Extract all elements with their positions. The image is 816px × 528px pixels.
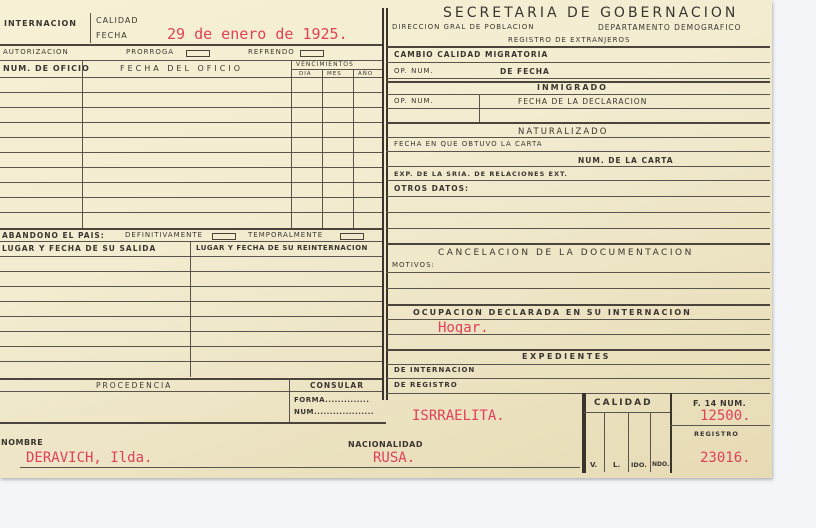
table-row[interactable] [0, 107, 382, 108]
nacionalidad-value: RUSA. [373, 450, 415, 466]
rule [0, 228, 382, 230]
rule [386, 288, 770, 289]
center-divider-2 [386, 8, 388, 400]
inmigrado-label: INMIGRADO [537, 83, 608, 92]
table-row[interactable] [0, 122, 382, 123]
internacion-label: INTERNACION [4, 19, 77, 28]
naturalizado-label: NATURALIZADO [518, 127, 608, 137]
nacionalidad-label: NACIONALIDAD [348, 440, 423, 449]
registro-extranjeros-label: REGISTRO DE EXTRANJEROS [508, 36, 630, 44]
temporalmente-checkbox[interactable] [340, 233, 364, 240]
rule [670, 425, 770, 426]
rule [386, 166, 770, 167]
de-registro-label: DE REGISTRO [394, 381, 458, 389]
forma-field[interactable]: FORMA.............. [294, 396, 369, 404]
calidad-col-ido: IDO. [631, 461, 647, 469]
rule [386, 349, 770, 351]
table-row[interactable] [0, 286, 382, 287]
document-title: SECRETARIA DE GOBERNACION [443, 5, 738, 21]
de-internacion-label: DE INTERNACION [394, 366, 475, 374]
rule [670, 393, 672, 473]
rule [386, 378, 770, 379]
abandono-label: ABANDONO EL PAIS: [2, 231, 105, 240]
table-row[interactable] [0, 77, 382, 78]
rule [386, 62, 770, 63]
table-row[interactable] [0, 316, 382, 317]
rule [386, 196, 770, 197]
table-row[interactable] [0, 167, 382, 168]
nombre-value: DERAVICH, Ilda. [26, 450, 152, 466]
autorizacion-label: AUTORIZACION [3, 48, 69, 56]
calidad-col-v: V. [590, 461, 597, 469]
center-divider [382, 8, 384, 400]
rule [386, 364, 770, 365]
rule [0, 391, 382, 392]
rule [386, 304, 770, 306]
table-row[interactable] [0, 137, 382, 138]
table-row[interactable] [0, 346, 382, 347]
rule [386, 108, 770, 109]
rule [604, 412, 605, 472]
de-fecha-label: DE FECHA [500, 67, 550, 76]
num-field[interactable]: NUM................... [294, 408, 374, 416]
rule [386, 228, 770, 229]
rule [291, 60, 292, 228]
rule [0, 256, 382, 257]
definitivamente-checkbox[interactable] [212, 233, 236, 240]
f14-label: F. 14 NUM. [693, 399, 746, 408]
table-row[interactable] [0, 182, 382, 183]
refrendo-label: REFRENDO [248, 48, 295, 56]
ocupacion-label: OCUPACION DECLARADA EN SU INTERNACION [413, 308, 692, 317]
cancelacion-label: CANCELACION DE LA DOCUMENTACION [438, 248, 694, 258]
rule [20, 467, 580, 468]
prorroga-checkbox[interactable] [186, 50, 210, 57]
expedientes-label: EXPEDIENTES [522, 352, 611, 361]
lugar-reinternacion-header: LUGAR Y FECHA DE SU REINTERNACION [196, 244, 368, 252]
rule [386, 137, 770, 138]
rule [650, 412, 651, 472]
rule [0, 422, 386, 424]
rule [584, 412, 670, 413]
rule [90, 13, 91, 43]
f14-value: 12500. [700, 408, 751, 424]
exp-sria-label: EXP. DE LA SRIA. DE RELACIONES EXT. [394, 170, 568, 178]
vencimientos-header: VENCIMIENTOS [296, 61, 354, 68]
calidad-header: CALIDAD [594, 398, 653, 408]
motivos-label[interactable]: MOTIVOS: [392, 261, 435, 269]
refrendo-checkbox[interactable] [300, 50, 324, 57]
rule [386, 94, 770, 95]
fecha-carta-label: FECHA EN QUE OBTUVO LA CARTA [394, 140, 543, 148]
table-row[interactable] [0, 331, 382, 332]
departamento-label: DEPARTAMENTO DEMOGRAFICO [598, 23, 742, 32]
registro-extranjeros-card: INTERNACION CALIDAD FECHA 29 de enero de… [0, 0, 772, 478]
cambio-calidad-label: CAMBIO CALIDAD MIGRATORIA [394, 50, 548, 59]
op-num-2-label: OP. NUM. [394, 97, 434, 105]
rule [0, 378, 382, 380]
calidad-col-ndo: NDO. [652, 461, 669, 468]
nombre-label: NOMBRE [1, 438, 43, 447]
rule [190, 241, 191, 377]
calidad-col-l: L. [613, 461, 620, 469]
rule [386, 393, 770, 394]
rule [386, 212, 770, 213]
registro-label: REGISTRO [694, 430, 739, 438]
rule [386, 272, 770, 273]
rule [386, 334, 770, 335]
prorroga-label: PRORROGA [126, 48, 174, 56]
rule [289, 378, 290, 423]
fecha-oficio-header: FECHA DEL OFICIO [120, 64, 243, 73]
rule [584, 393, 586, 473]
rule [291, 69, 382, 70]
fecha-value: 29 de enero de 1925. [167, 25, 348, 43]
table-row[interactable] [0, 152, 382, 153]
religion-value: ISRRAELITA. [412, 408, 505, 424]
fecha-label: FECHA [96, 31, 128, 40]
registro-value: 23016. [700, 450, 751, 466]
consular-label: CONSULAR [310, 381, 364, 390]
definitivamente-label: DEFINITIVAMENTE [125, 231, 203, 239]
procedencia-label: PROCEDENCIA [96, 381, 172, 390]
rule [0, 44, 382, 46]
rule [386, 243, 770, 245]
rule [386, 180, 770, 181]
rule [386, 151, 770, 152]
table-row[interactable] [0, 212, 382, 213]
temporalmente-label: TEMPORALMENTE [248, 231, 323, 239]
rule [82, 60, 83, 228]
direccion-label: DIRECCION GRAL DE POBLACION [392, 23, 534, 31]
rule [386, 122, 770, 124]
fecha-declaracion-label: FECHA DE LA DECLARACION [518, 97, 647, 106]
op-num-label: OP. NUM. [394, 67, 434, 75]
num-carta-label: NUM. DE LA CARTA [578, 156, 674, 165]
table-row[interactable] [0, 271, 382, 272]
lugar-salida-header: LUGAR Y FECHA DE SU SALIDA [2, 244, 156, 253]
rule [0, 241, 382, 242]
table-row[interactable] [0, 197, 382, 198]
rule [386, 78, 770, 79]
rule [386, 46, 770, 48]
table-row[interactable] [0, 92, 382, 93]
otros-datos-label[interactable]: OTROS DATOS: [394, 184, 469, 193]
table-row[interactable] [0, 301, 382, 302]
calidad-label: CALIDAD [96, 16, 139, 25]
num-oficio-header: NUM. DE OFICIO [3, 64, 90, 73]
table-row[interactable] [0, 361, 382, 362]
rule [628, 412, 629, 472]
